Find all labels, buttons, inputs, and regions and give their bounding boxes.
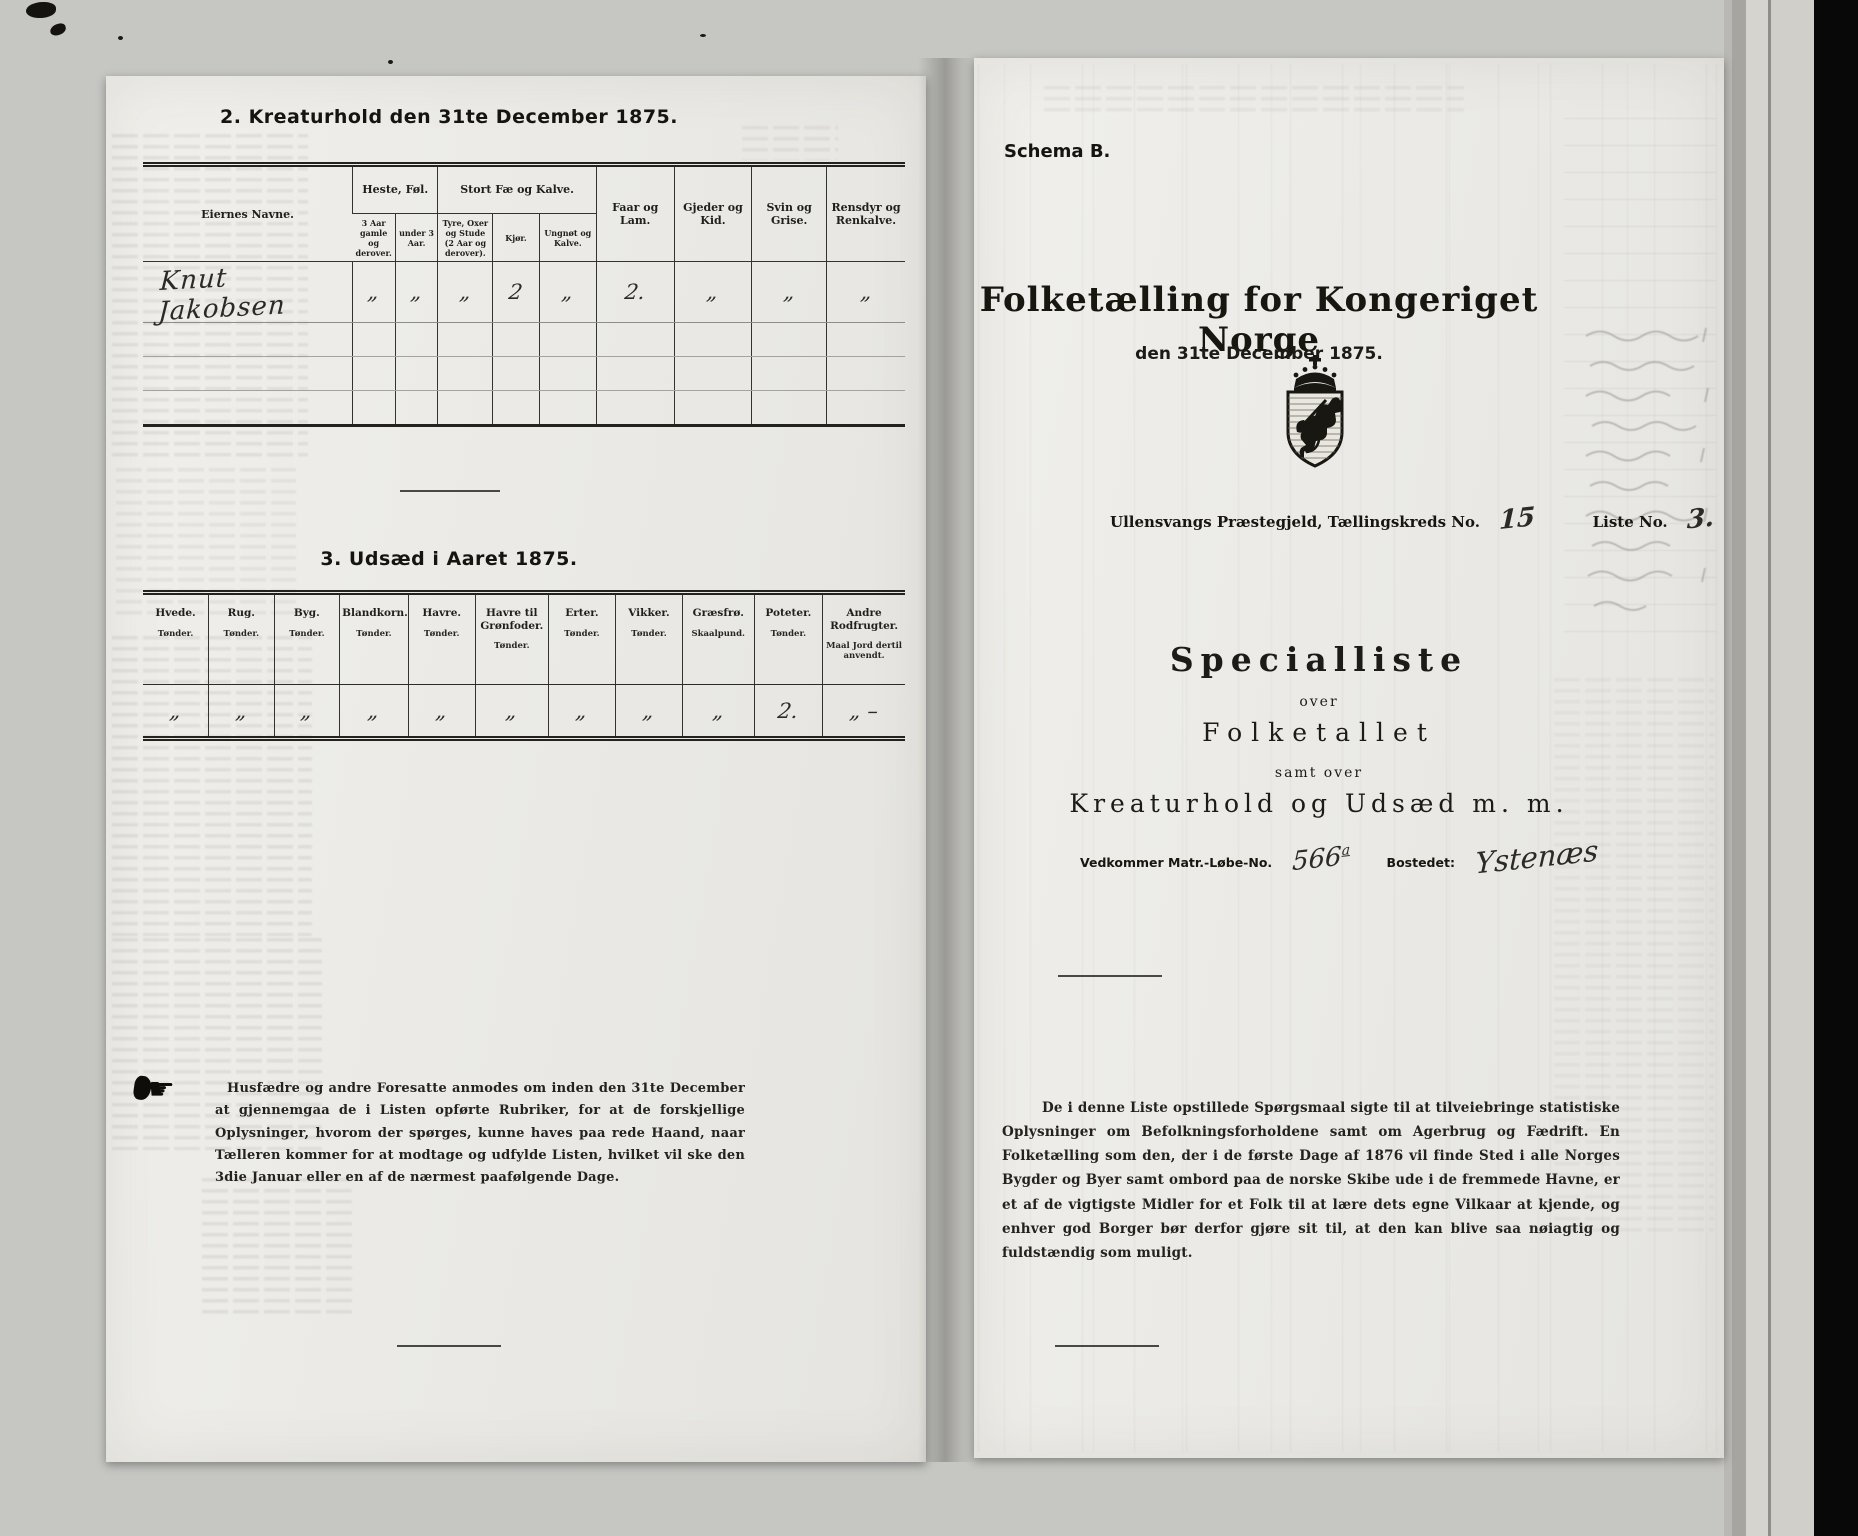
cell-value: „ bbox=[505, 699, 519, 723]
subcol-heste-3aar: 3 Aar gamle og derover. bbox=[353, 214, 396, 262]
cell-value: „ bbox=[367, 280, 381, 304]
speciallist-kreaturhold: Kreaturhold og Udsæd m. m. bbox=[974, 789, 1664, 818]
dust-speck bbox=[118, 36, 123, 40]
subcol-ungnot: Ungnøt og Kalve. bbox=[539, 214, 596, 262]
district-line: Ullensvangs Præstegjeld, Tællingskreds N… bbox=[1110, 504, 1714, 534]
udsaed-title: 3. Udsæd i Aaret 1875. bbox=[142, 548, 756, 570]
prestegjeld-label: Ullensvangs Præstegjeld, bbox=[1110, 513, 1322, 531]
cell-value: „ bbox=[367, 699, 381, 723]
section-divider-rule bbox=[400, 490, 500, 492]
cell-value: „ bbox=[642, 699, 656, 723]
speciallist-samt-over: samt over bbox=[974, 765, 1664, 781]
tellingskreds-label: Tællingskreds No. bbox=[1328, 513, 1480, 531]
col-header-svin: Svin og Grise. bbox=[752, 165, 827, 262]
udsaed-col-graesfro: Græsfrø.Skaalpund. bbox=[682, 593, 754, 685]
left-footnote: Husfædre og andre Foresatte anmodes om i… bbox=[215, 1078, 745, 1190]
bleed-through-text bbox=[202, 1178, 352, 1318]
cell-value: 2. bbox=[777, 699, 800, 723]
bleed-through-handwriting bbox=[1580, 320, 1718, 630]
dust-speck bbox=[388, 60, 393, 64]
book-spine-shadow bbox=[918, 58, 978, 1462]
subcol-heste-under3: under 3 Aar. bbox=[395, 214, 438, 262]
table-row-empty bbox=[143, 323, 905, 357]
cell-value: „ bbox=[168, 699, 182, 723]
page-edge-strip bbox=[1724, 0, 1732, 1536]
scanner-background bbox=[1814, 0, 1858, 1536]
udsaed-col-andre-rodfrugter: Andre Rodfrugter.Maal Jord dertil anvend… bbox=[823, 593, 905, 685]
cell-value: „ bbox=[234, 699, 248, 723]
udsaed-col-hvede: Hvede.Tønder. bbox=[143, 593, 209, 685]
schema-label: Schema B. bbox=[1004, 141, 1110, 162]
table-row-empty bbox=[143, 357, 905, 391]
col-header-eiernes-navne: Eiernes Navne. bbox=[143, 165, 353, 262]
bleed-through-text bbox=[742, 126, 838, 160]
udsaed-col-rug: Rug.Tønder. bbox=[209, 593, 275, 685]
udsaed-col-havre-gronfoder: Havre til Grønfoder.Tønder. bbox=[475, 593, 548, 685]
ink-smudge bbox=[26, 2, 56, 18]
cell-value: „ bbox=[409, 280, 423, 304]
cell-value: „ bbox=[782, 280, 796, 304]
col-header-gjeder: Gjeder og Kid. bbox=[674, 165, 752, 262]
cell-value: 2 bbox=[508, 280, 525, 304]
bosted-value-handwritten: Ystenæs bbox=[1475, 833, 1599, 880]
udsaed-col-erter: Erter.Tønder. bbox=[548, 593, 615, 685]
udsaed-col-vikker: Vikker.Tønder. bbox=[615, 593, 682, 685]
census-book-scan: 2. Kreaturhold den 31te December 1875. E… bbox=[0, 0, 1858, 1536]
table-row-empty bbox=[143, 391, 905, 426]
cell-value: „ bbox=[561, 280, 575, 304]
property-line: Vedkommer Matr.-Løbe-No. 566a Bostedet: … bbox=[1080, 840, 1599, 874]
liste-value-handwritten: 3. bbox=[1686, 502, 1714, 535]
cell-value: „ bbox=[458, 280, 472, 304]
subcol-tyre-oxer: Tyre, Oxer og Stude (2 Aar og derover). bbox=[438, 214, 493, 262]
owner-name-handwritten: Knut Jakobsen bbox=[158, 257, 352, 327]
cell-value: 2. bbox=[624, 280, 647, 304]
table-row: Knut Jakobsen „ „ „ 2 „ 2. „ „ „ bbox=[143, 262, 905, 323]
speciallist-heading: Specialliste bbox=[974, 640, 1664, 679]
ink-blob bbox=[132, 1075, 152, 1101]
cell-value: „ bbox=[435, 699, 449, 723]
dust-speck bbox=[700, 34, 706, 37]
col-header-rensdyr: Rensdyr og Renkalve. bbox=[826, 165, 905, 262]
liste-label: Liste No. bbox=[1593, 513, 1668, 531]
divider-rule bbox=[1058, 975, 1162, 977]
bottom-rule bbox=[397, 1345, 501, 1347]
udsaed-col-havre: Havre.Tønder. bbox=[408, 593, 475, 685]
subcol-kjoer: Kjør. bbox=[493, 214, 539, 262]
speciallist-over: over bbox=[974, 694, 1664, 710]
ink-smudge bbox=[49, 22, 67, 37]
cell-value: „ – bbox=[848, 699, 879, 723]
page-edge-strip bbox=[1771, 0, 1814, 1536]
bosted-label: Bostedet: bbox=[1387, 855, 1455, 870]
left-page: 2. Kreaturhold den 31te December 1875. E… bbox=[106, 76, 926, 1462]
bleed-through-text bbox=[1044, 86, 1464, 112]
manicule-icon: ☛ bbox=[148, 1072, 175, 1107]
right-paragraph: De i denne Liste opstillede Spørgsmaal s… bbox=[1002, 1096, 1620, 1266]
cell-value: „ bbox=[706, 280, 720, 304]
bleed-through-rows bbox=[1564, 118, 1716, 638]
cell-value: „ bbox=[711, 699, 725, 723]
tellingskreds-value-handwritten: 15 bbox=[1499, 502, 1536, 536]
udsaed-col-blandkorn: Blandkorn.Tønder. bbox=[340, 593, 409, 685]
bottom-rule bbox=[1055, 1345, 1159, 1347]
cell-value: „ bbox=[859, 280, 873, 304]
table-row: „ „ „ „ „ „ „ „ „ 2. „ – bbox=[143, 685, 905, 739]
group-header-heste: Heste, Føl. bbox=[353, 165, 438, 214]
cell-value: „ bbox=[300, 699, 314, 723]
page-edge-strip bbox=[1732, 0, 1746, 1536]
page-subtitle: den 31te December 1875. bbox=[974, 344, 1544, 364]
col-header-faar: Faar og Lam. bbox=[596, 165, 674, 262]
udsaed-table: Hvede.Tønder. Rug.Tønder. Byg.Tønder. Bl… bbox=[143, 590, 905, 741]
matrikkel-value-handwritten: 566a bbox=[1292, 841, 1351, 877]
speciallist-folketallet: Folketallet bbox=[974, 718, 1664, 747]
coat-of-arms bbox=[1280, 354, 1350, 474]
udsaed-col-poteter: Poteter.Tønder. bbox=[754, 593, 823, 685]
page-edge-strip bbox=[1746, 0, 1768, 1536]
matrikkel-label: Vedkommer Matr.-Løbe-No. bbox=[1080, 855, 1272, 870]
right-page: Schema B. Folketælling for Kongeriget No… bbox=[974, 58, 1724, 1458]
cell-value: „ bbox=[575, 699, 589, 723]
group-header-stort-fae: Stort Fæ og Kalve. bbox=[438, 165, 596, 214]
kreaturhold-title: 2. Kreaturhold den 31te December 1875. bbox=[142, 106, 756, 128]
kreaturhold-table: Eiernes Navne. Heste, Føl. Stort Fæ og K… bbox=[143, 162, 905, 427]
udsaed-col-byg: Byg.Tønder. bbox=[274, 593, 340, 685]
